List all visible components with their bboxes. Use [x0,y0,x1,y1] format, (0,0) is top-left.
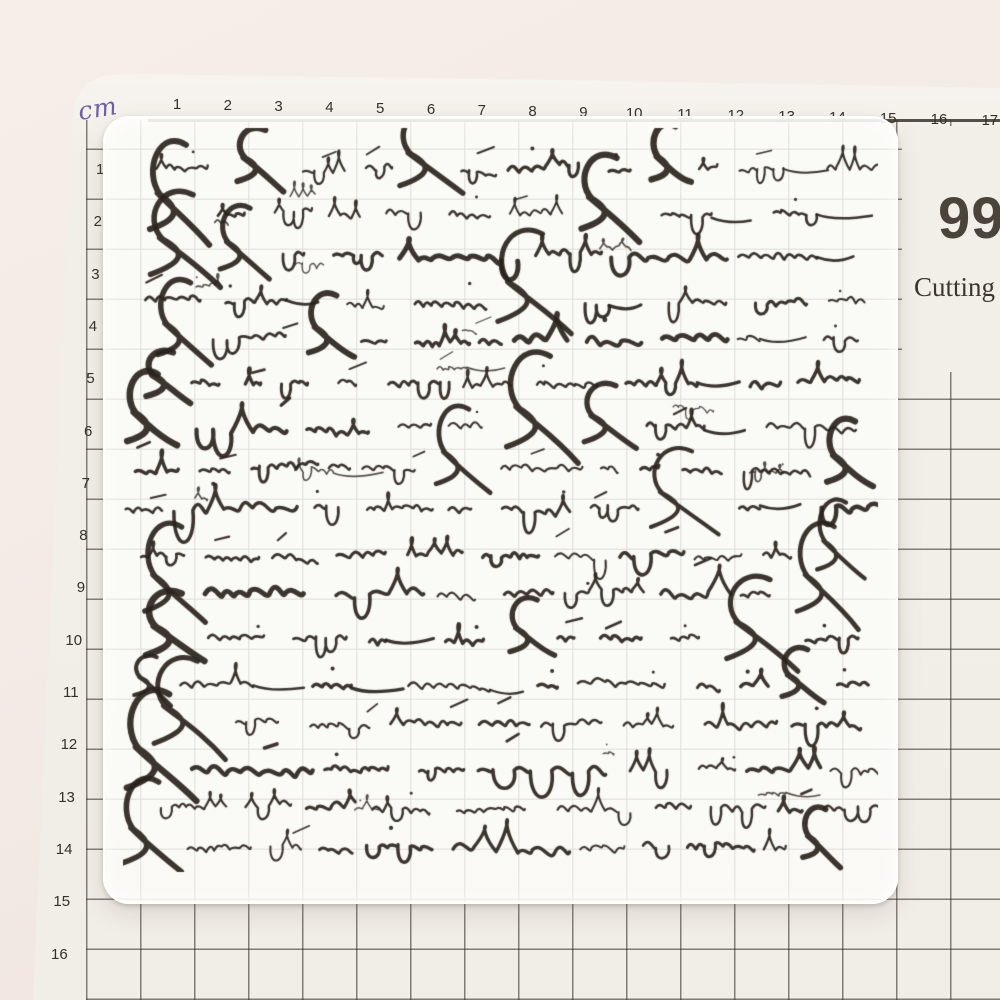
ruler-top-number: 1 [162,96,192,113]
ruler-left-number: 10 [65,632,91,649]
script-pattern-canvas [103,116,898,904]
ruler-left-number: 11 [63,684,89,701]
embossing-folder [103,116,898,904]
mat-label-text: Cutting [914,273,1000,303]
ruler-top-number: 3 [264,98,294,115]
ruler-left-number: 12 [61,736,87,753]
product-photo: 99 Cutting cm 1234567891011121314151617 … [0,0,1000,1000]
ruler-left-number: 9 [77,579,103,596]
ruler-left-number: 8 [79,527,105,544]
ruler-top-number: 5 [365,100,395,117]
ruler-left-number: 14 [56,841,82,858]
mat-corner-label: 99 Cutting [902,126,1000,372]
ruler-top-number: 4 [314,99,344,116]
ruler-top-number: 2 [213,97,243,114]
ruler-left-number: 13 [58,789,84,806]
mat-label-number: 99 [938,190,1000,248]
ruler-left-number: 15 [53,893,79,910]
ruler-left-number: 16 [51,946,77,963]
ruler-top-number: 16 [924,111,954,128]
ruler-top-number: 17 [975,112,1000,129]
